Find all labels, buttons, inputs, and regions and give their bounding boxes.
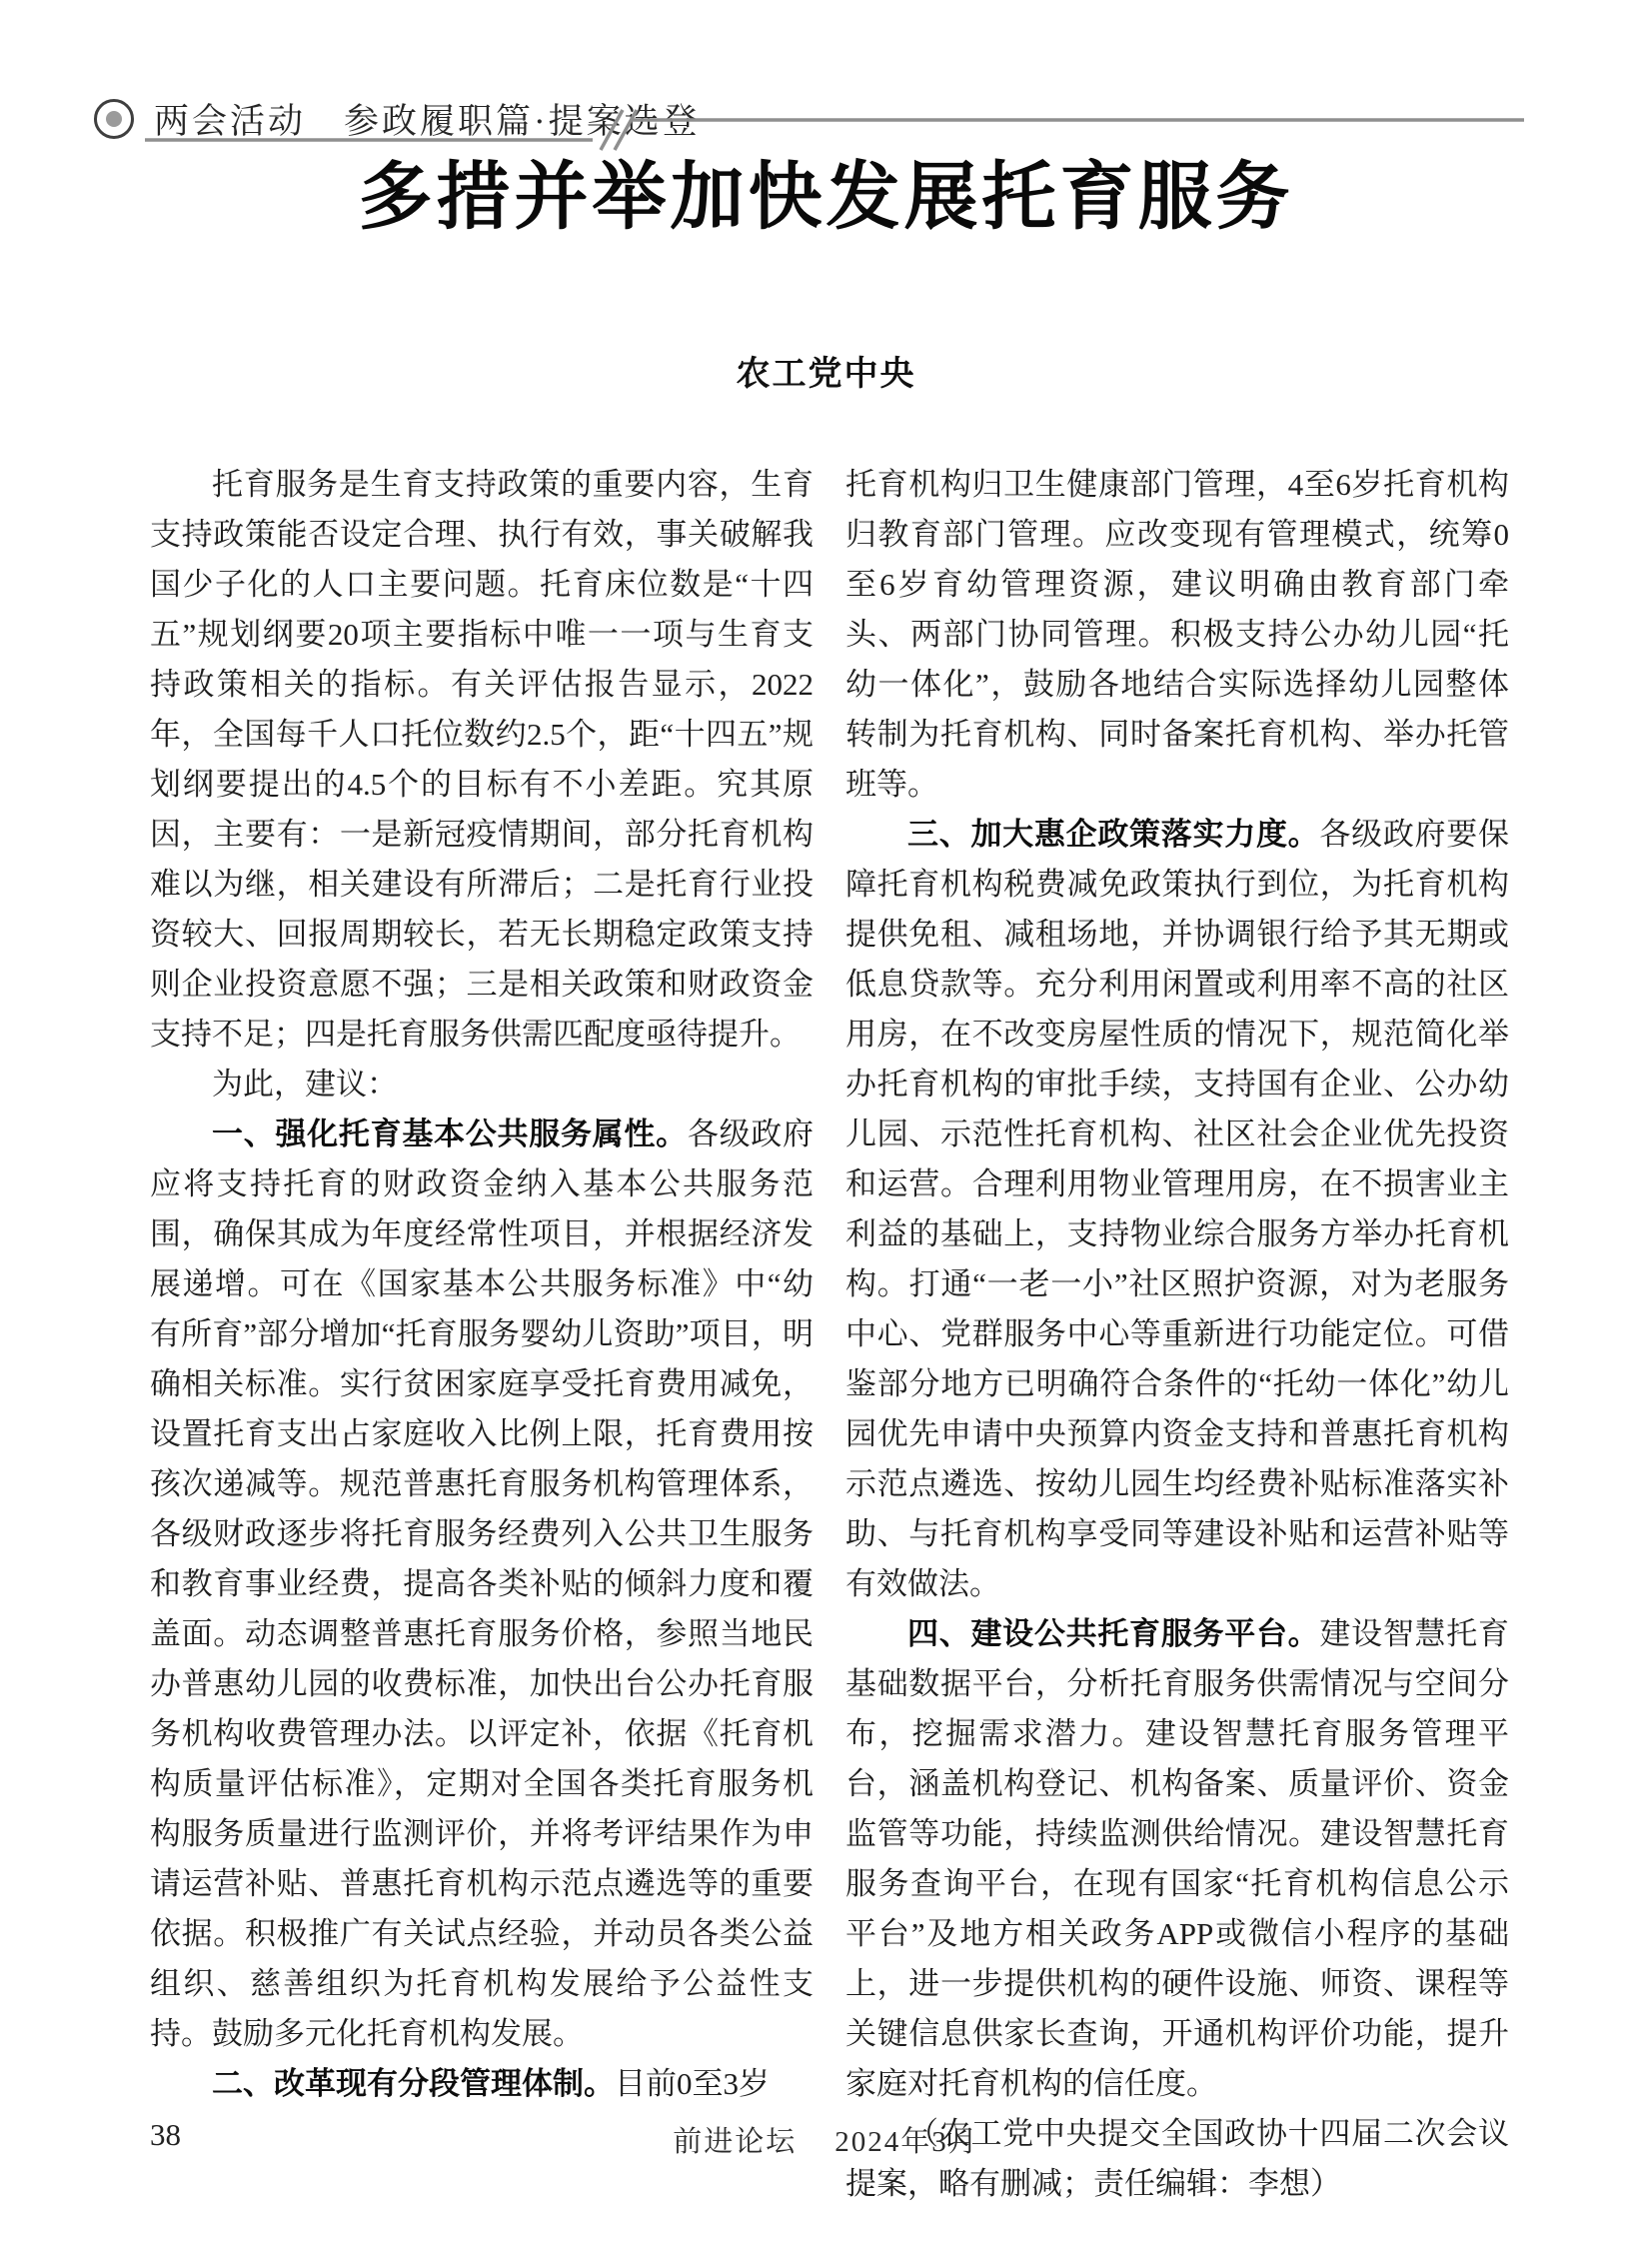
journal-name: 前进论坛 <box>673 2119 797 2160</box>
section-heading: 三、加大惠企政策落实力度。 <box>907 817 1319 852</box>
section-heading: 一、强化托育基本公共服务属性。 <box>212 1117 688 1151</box>
body-column-left: 托育服务是生育支持政策的重要内容，生育支持政策能否设定合理、执行有效，事关破解我… <box>150 460 814 2109</box>
body-paragraph: 托育机构归卫生健康部门管理，4至6岁托育机构归教育部门管理。应改变现有管理模式，… <box>845 460 1509 810</box>
body-column-right: 托育机构归卫生健康部门管理，4至6岁托育机构归教育部门管理。应改变现有管理模式，… <box>845 460 1509 2209</box>
journal-page: 两会活动 参政履职篇·提案选登 多措并举加快发展托育服务 农工党中央 托育服务是… <box>0 0 1652 2243</box>
bullseye-icon <box>94 99 134 139</box>
body-paragraph: 为此，建议： <box>150 1060 814 1110</box>
body-paragraph: 托育服务是生育支持政策的重要内容，生育支持政策能否设定合理、执行有效，事关破解我… <box>150 460 814 1060</box>
article-author: 农工党中央 <box>0 346 1652 395</box>
paragraph-text: 为此，建议： <box>212 1067 398 1102</box>
paragraph-text: 托育机构归卫生健康部门管理，4至6岁托育机构归教育部门管理。应改变现有管理模式，… <box>845 467 1509 802</box>
footer-journal-line: 前进论坛 2024年3月 <box>0 2119 1652 2160</box>
body-paragraph: 四、建设公共托育服务平台。建设智慧托育基础数据平台，分析托育服务供需情况与空间分… <box>845 1609 1509 2109</box>
paragraph-text: 建设智慧托育基础数据平台，分析托育服务供需情况与空间分布，挖掘需求潜力。建设智慧… <box>845 1616 1509 2101</box>
bullseye-dot <box>106 111 122 127</box>
article-title: 多措并举加快发展托育服务 <box>0 138 1652 244</box>
paragraph-text: 目前0至3岁 <box>615 2066 770 2101</box>
section-heading: 四、建设公共托育服务平台。 <box>907 1616 1319 1651</box>
paragraph-text: 托育服务是生育支持政策的重要内容，生育支持政策能否设定合理、执行有效，事关破解我… <box>150 467 814 1052</box>
paragraph-text: 各级政府要保障托育机构税费减免政策执行到位，为托育机构提供免租、减租场地，并协调… <box>845 817 1509 1601</box>
body-paragraph: 二、改革现有分段管理体制。目前0至3岁 <box>150 2059 814 2109</box>
body-paragraph: 三、加大惠企政策落实力度。各级政府要保障托育机构税费减免政策执行到位，为托育机构… <box>845 810 1509 1609</box>
paragraph-text: 各级政府应将支持托育的财政资金纳入基本公共服务范围，确保其成为年度经常性项目，并… <box>150 1117 814 2051</box>
body-paragraph: 一、强化托育基本公共服务属性。各级政府应将支持托育的财政资金纳入基本公共服务范围… <box>150 1110 814 2059</box>
issue-date: 2024年3月 <box>834 2119 979 2160</box>
section-heading: 二、改革现有分段管理体制。 <box>212 2066 615 2101</box>
